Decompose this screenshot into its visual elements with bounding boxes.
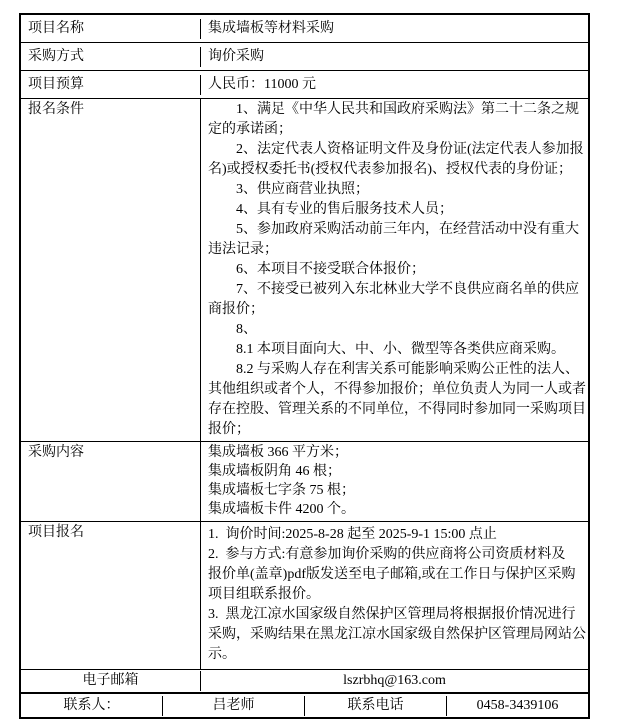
condition-item: 5、参加政府采购活动前三年内，在经营活动中没有重大 违法记录； (208, 220, 586, 260)
row-budget: 项目预算 人民币：11000 元 (21, 71, 588, 99)
contact-label: 联系人： (21, 696, 163, 716)
condition-item: 1、满足《中华人民共和国政府采购法》第二十二条之规 定的承诺函； (208, 100, 586, 140)
content-item: 集成墙板卡件 4200 个。 (208, 500, 586, 519)
budget-value: 人民币：11000 元 (201, 75, 588, 95)
conditions-value: 1、满足《中华人民共和国政府采购法》第二十二条之规 定的承诺函； 2、法定代表人… (201, 99, 588, 441)
condition-item: 7、不接受已被列入东北林业大学不良供应商名单的供应 商报价； (208, 280, 586, 320)
procurement-notice-table: 项目名称 集成墙板等材料采购 采购方式 询价采购 项目预算 人民币：11000 … (19, 13, 590, 719)
content-item: 集成墙板阴角 46 根； (208, 462, 586, 481)
contact-phone-value: 0458-3439106 (447, 696, 588, 716)
condition-item: 3、供应商营业执照； (208, 180, 586, 200)
content-value: 集成墙板 366 平方米； 集成墙板阴角 46 根； 集成墙板七字条 75 根；… (201, 442, 588, 521)
email-value: lszrbhq@163.com (201, 671, 588, 691)
condition-item: 8.2 与采购人存在利害关系可能影响采购公正性的法人、 其他组织或者个人，不得参… (208, 360, 586, 440)
project-name-label: 项目名称 (21, 19, 201, 39)
budget-label: 项目预算 (21, 75, 201, 95)
procurement-method-value: 询价采购 (201, 47, 588, 67)
row-contact: 联系人： 吕老师 联系电话 0458-3439106 (21, 694, 588, 717)
condition-item: 8.1 本项目面向大、中、小、微型等各类供应商采购。 (208, 340, 586, 360)
row-content: 采购内容 集成墙板 366 平方米； 集成墙板阴角 46 根； 集成墙板七字条 … (21, 442, 588, 522)
row-procurement-method: 采购方式 询价采购 (21, 43, 588, 71)
row-registration: 项目报名 1. 询价时间:2025-8-28 起至 2025-9-1 15:00… (21, 522, 588, 670)
condition-item: 4、具有专业的售后服务技术人员； (208, 200, 586, 220)
conditions-label: 报名条件 (21, 99, 201, 441)
row-email: 电子邮箱 lszrbhq@163.com (21, 670, 588, 694)
row-conditions: 报名条件 1、满足《中华人民共和国政府采购法》第二十二条之规 定的承诺函； 2、… (21, 99, 588, 442)
row-project-name: 项目名称 集成墙板等材料采购 (21, 15, 588, 43)
registration-value: 1. 询价时间:2025-8-28 起至 2025-9-1 15:00 点止 2… (201, 522, 588, 669)
content-item: 集成墙板七字条 75 根； (208, 481, 586, 500)
condition-item: 2、法定代表人资格证明文件及身份证(法定代表人参加报 名)或授权委托书(授权代表… (208, 140, 586, 180)
contact-phone-label: 联系电话 (305, 696, 447, 716)
procurement-method-label: 采购方式 (21, 47, 201, 67)
condition-item: 8、 (208, 320, 586, 340)
registration-item: 2. 参与方式:有意参加询价采购的供应商将公司资质材料及 报价单(盖章)pdf版… (208, 545, 586, 605)
condition-item: 6、本项目不接受联合体报价； (208, 260, 586, 280)
content-item: 集成墙板 366 平方米； (208, 443, 586, 462)
registration-item: 1. 询价时间:2025-8-28 起至 2025-9-1 15:00 点止 (208, 525, 586, 545)
content-label: 采购内容 (21, 442, 201, 521)
registration-label: 项目报名 (21, 522, 201, 669)
registration-item: 3. 黑龙江凉水国家级自然保护区管理局将根据报价情况进行 采购，采购结果在黑龙江… (208, 605, 586, 665)
email-label: 电子邮箱 (21, 671, 201, 691)
project-name-value: 集成墙板等材料采购 (201, 19, 588, 39)
contact-name: 吕老师 (163, 696, 305, 716)
